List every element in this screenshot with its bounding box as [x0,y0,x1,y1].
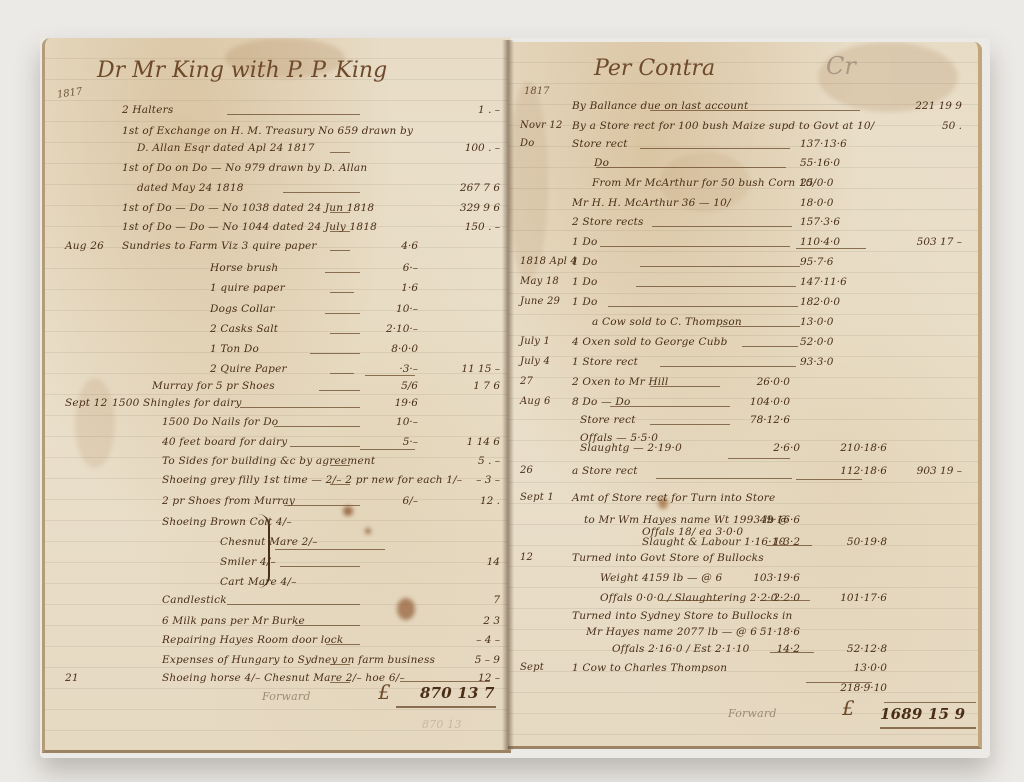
entry-amount: 52·12·8 [815,643,887,655]
forward-label-left: Forward [262,690,311,703]
right-page-header: Per Contra [594,56,715,81]
ledger-rule [330,292,354,293]
entry-total: 50 . [880,120,962,132]
entry-description: 1 Ton Do [210,343,259,355]
forward-label-right: Forward [728,707,777,720]
entry-description: 1 Store rect [572,356,638,368]
entry-description: dated May 24 1818 [137,182,244,194]
entry-description: D. Allan Esqr dated Apl 24 1817 [137,142,315,154]
ledger-rule [660,366,796,367]
ledger-rule [610,406,730,407]
entry-description: Repairing Hayes Room door lock [162,634,343,646]
entry-date: 12 [520,552,533,563]
entry-subamount: 49·16·6 [740,514,800,526]
ledger-rule [636,286,796,287]
entry-subamount: 26·0·0 [730,376,790,388]
ledger-rule [325,272,360,273]
entry-amount: 2 3 [420,615,500,627]
ledger-rule [365,375,415,376]
entry-amount: 150 . – [420,221,500,233]
entry-description: 1500 Shingles for dairy [112,397,242,409]
ledger-rule [330,682,350,683]
entry-description: Shoeing grey filly 1st time — 2/– 2 pr n… [162,474,462,486]
entry-amount: 100 . – [420,142,500,154]
ledger-rule [760,600,810,601]
ledger-rule [330,465,350,466]
ledger-rule [284,505,360,506]
entry-description: Turned into Sydney Store to Bullocks in [572,610,793,622]
book-gutter [502,40,514,750]
entry-date: Novr 12 [520,120,563,131]
entry-description: Amt of Store rect for Turn into Store [572,492,775,504]
entry-date: Sept 12 [65,397,107,409]
entry-description: Store rect [580,414,636,426]
entry-description: From Mr McArthur for 50 bush Corn 10/ [592,177,816,189]
ledger-rule [650,386,720,387]
entry-amount: 5 . – [420,455,500,467]
ledger-rule [766,545,812,546]
entry-description: Shoeing Brown Colt 4/– [162,516,292,528]
entry-subamount: 5/6 [368,380,418,392]
ledger-rule [796,479,862,480]
entry-amount: 13·0·0 [815,662,887,674]
entry-amount: 1 14 6 [420,436,500,448]
entry-description: Turned into Govt Store of Bullocks [572,552,764,564]
entry-date: Sept [520,662,544,673]
ledger-rule [283,192,360,193]
entry-description: 2 Casks Salt [210,323,278,335]
entry-amount: – 4 – [420,634,500,646]
entry-date: Do [520,138,534,149]
ledger-rule [650,424,730,425]
ledger-rule [275,549,385,550]
entry-amount: 1 7 6 [420,380,500,392]
water-stain [508,82,548,282]
entry-subamount: 19·6 [368,397,418,409]
ledger-rule [770,652,814,653]
entry-subamount: 2·6·0 [740,442,800,454]
entry-amount: 14 [420,556,500,568]
ledger-rule [720,326,800,327]
currency-symbol-right: £ [842,696,855,720]
entry-subamount: 6/– [368,495,418,507]
entry-amount: 50·19·8 [815,536,887,548]
entry-subamount: ·3·– [368,363,418,375]
ink-spot [397,598,415,620]
entry-description: Horse brush [210,262,278,274]
entry-amount: 7 [420,594,500,606]
entry-date: 27 [520,376,533,387]
entry-amount: 218·9·10 [815,682,887,694]
entry-amount: 12 . [420,495,500,507]
entry-subamount: 51·18·6 [740,626,800,638]
year-label: 1817 [524,86,549,97]
entry-amount: 147·11·6 [800,276,872,288]
entry-subamount: 8·0·0 [368,343,418,355]
entry-description: 2 Halters [122,104,173,116]
entry-subamount: 2·2·0 [740,592,800,604]
entry-subamount: 6·– [368,262,418,274]
left-page-header: Dr Mr King with P. P. King [97,58,387,83]
entry-amount: 101·17·6 [815,592,887,604]
entry-date: July 1 [520,336,550,347]
entry-description: Store rect [572,138,628,150]
ledger-rule [330,250,350,251]
entry-amount: 25·0·0 [800,177,872,189]
ledger-rule [326,644,360,645]
entry-description: 1500 Do Nails for Do [162,416,278,428]
entry-description: Mr H. H. McArthur 36 — 10/ [572,197,731,209]
year-label: 1817 [56,86,83,100]
ledger-rule [596,167,786,168]
ledger-rule [360,449,415,450]
entry-amount: – 3 – [420,474,500,486]
grouping-brace [258,514,270,588]
ledger-rule [660,600,720,601]
entry-subamount: 4·6 [368,240,418,252]
currency-symbol-left: £ [378,680,391,704]
ledger-rule [330,212,350,213]
entry-date: June 29 [520,296,560,307]
entry-amount: 12 – [420,672,500,684]
entry-description: 1st of Do on Do — No 979 drawn by D. All… [122,162,367,174]
entry-description: 1 Do [572,296,598,308]
ledger-rule [290,446,360,447]
entry-amount: 18·0·0 [800,197,872,209]
entry-amount: 112·18·6 [815,465,887,477]
entry-description: 2 Store rects [572,216,644,228]
entry-subamount: 1·3·2 [740,536,800,548]
ledger-rule [280,566,360,567]
entry-description: Dogs Collar [210,303,275,315]
ledger-rule [608,306,798,307]
ink-spot [343,506,353,516]
ledger-rule [652,226,792,227]
ledger-rule [227,114,360,115]
ledger-rule [728,458,790,459]
ledger-rule [274,426,360,427]
entry-description: Murray for 5 pr Shoes [152,380,275,392]
entry-subamount: 5·– [368,436,418,448]
entry-amount: 95·7·6 [800,256,872,268]
entry-date: 21 [65,672,79,684]
entry-description: By a Store rect for 100 bush Maize supd … [572,120,874,132]
ledger-rule [650,110,860,111]
entry-total: 221 19 9 [880,100,962,112]
entry-amount: 137·13·6 [800,138,872,150]
entry-description: 4 Oxen sold to George Cubb [572,336,728,348]
right-page-header-cr: Cr [826,52,856,80]
total-rule [400,681,490,682]
entry-subamount: 103·19·6 [740,572,800,584]
entry-subamount: 104·0·0 [730,396,790,408]
ledger-rule [330,231,350,232]
entry-total: 903 19 – [880,465,962,477]
entry-amount: 267 7 6 [420,182,500,194]
entry-description: 1 Do [572,236,598,248]
entry-amount: 329 9 6 [420,202,500,214]
ledger-rule [295,625,360,626]
pencil-note: 870 13 [422,718,462,731]
entry-amount: 210·18·6 [815,442,887,454]
entry-description: a Store rect [572,465,638,477]
entry-description: 6 Milk pans per Mr Burke [162,615,305,627]
ledger-rule [640,266,800,267]
ledger-rule [240,407,360,408]
entry-date: Aug 6 [520,396,551,407]
entry-total: 503 17 – [880,236,962,248]
entry-description: Mr Hayes name 2077 lb — @ 6 [586,626,757,638]
ledger-rule [325,313,360,314]
entry-description: 1 Cow to Charles Thompson [572,662,727,674]
ledger-rule [742,346,798,347]
ledger-rule [319,390,360,391]
ledger-rule [310,353,360,354]
entry-subamount: 10·– [368,303,418,315]
entry-amount: 52·0·0 [800,336,872,348]
ledger-rule [640,148,790,149]
ink-spot [365,528,371,534]
entry-description: Expenses of Hungary to Sydney on farm bu… [162,654,435,666]
entry-date: 26 [520,465,533,476]
entry-subamount: 10·– [368,416,418,428]
entry-amount: 157·3·6 [800,216,872,228]
ledger-rule [330,373,354,374]
ledger-rule [330,664,350,665]
total-rule [884,702,976,703]
entry-description: 2 pr Shoes from Murray [162,495,295,507]
entry-description: Sundries to Farm Viz 3 quire paper [122,240,317,252]
entry-date: Aug 26 [65,240,104,252]
ledger-rule [806,682,872,683]
ledger-rule [227,604,360,605]
ledger-rule [600,246,790,247]
forward-total-left: 870 13 7 [420,684,495,702]
entry-amount: 1 . – [420,104,500,116]
entry-date: May 18 [520,276,559,287]
entry-subamount: 78·12·6 [730,414,790,426]
entry-date: 1818 Apl 4 [520,256,577,267]
entry-description: 1st of Exchange on H. M. Treasury No 659… [122,125,413,137]
entry-description: 1 Do [572,256,598,268]
total-double-rule [396,706,496,708]
entry-subamount: 1·6 [368,282,418,294]
entry-description: Candlestick [162,594,227,606]
entry-date: July 4 [520,356,550,367]
ledger-rule [796,248,866,249]
entry-description: Offals 2·16·0 / Est 2·1·10 [612,643,750,655]
forward-total-right: 1689 15 9 [880,705,965,723]
water-stain [75,378,115,468]
entry-description: Shoeing horse 4/– Chesnut Mare 2/– hoe 6… [162,672,405,684]
entry-description: 1 Do [572,276,598,288]
entry-amount: 5 – 9 [420,654,500,666]
ledger-rule [330,333,360,334]
ledger-rule [330,152,350,153]
entry-subamount: 2·10·– [368,323,418,335]
entry-description: 40 feet board for dairy [162,436,287,448]
ledger-rule [330,484,350,485]
entry-description: 1 quire paper [210,282,285,294]
entry-amount: 55·16·0 [800,157,872,169]
entry-description: 2 Quire Paper [210,363,287,375]
entry-description: Slaughtg — 2·19·0 [580,442,682,454]
entry-subamount: 14·2 [740,643,800,655]
entry-amount: 11 15 – [420,363,500,375]
entry-amount: 182·0·0 [800,296,872,308]
entry-description: Weight 4159 lb — @ 6 [600,572,722,584]
ledger-rule [656,478,792,479]
entry-amount: 13·0·0 [800,316,872,328]
entry-date: Sept 1 [520,492,554,503]
entry-amount: 93·3·0 [800,356,872,368]
entry-amount: 110·4·0 [800,236,872,248]
total-double-rule [880,727,976,729]
